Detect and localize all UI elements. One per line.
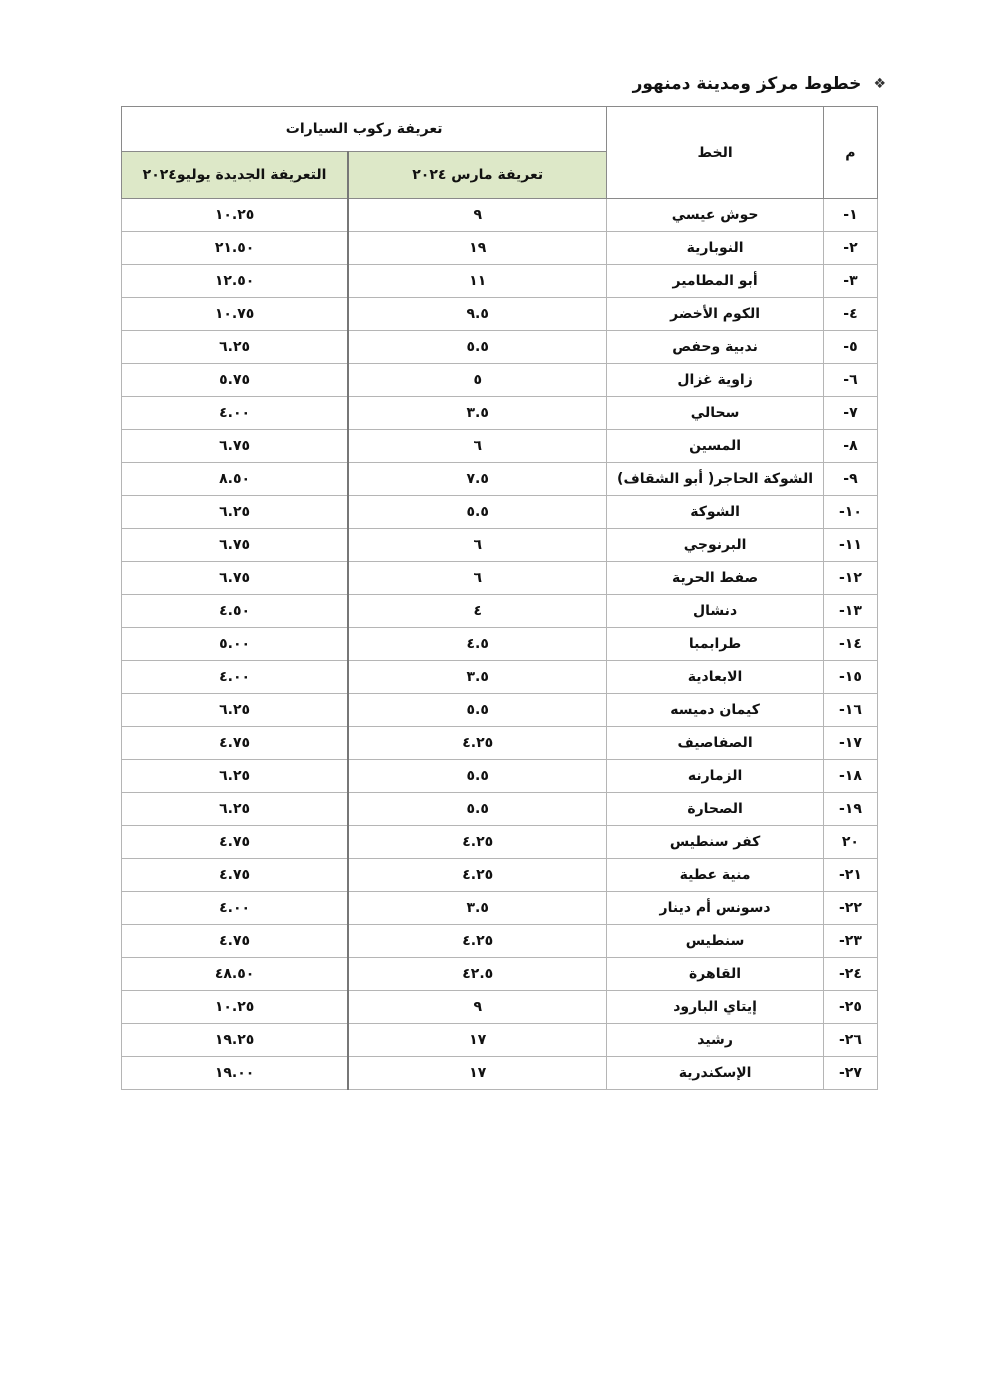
july-fare: ٤.٠٠ <box>122 892 349 925</box>
row-number: -١١ <box>823 529 877 562</box>
july-fare: ٥.٧٥ <box>122 364 349 397</box>
march-fare: ٤.٢٥ <box>348 727 607 760</box>
row-number: -١٣ <box>823 595 877 628</box>
row-number: -٨ <box>823 430 877 463</box>
table-row: -٦زاوية غزال٥٥.٧٥ <box>122 364 878 397</box>
march-fare: ٥.٥ <box>348 793 607 826</box>
row-number: -٢١ <box>823 859 877 892</box>
table-row: -٢١منية عطية٤.٢٥٤.٧٥ <box>122 859 878 892</box>
table-row: ٢٠كفر سنطيس٤.٢٥٤.٧٥ <box>122 826 878 859</box>
table-row: -٩الشوكة الحاجر( أبو الشقاف)٧.٥٨.٥٠ <box>122 463 878 496</box>
line-name: أبو المطامير <box>607 265 824 298</box>
document-title-row: ❖ خطوط مركز ومدينة دمنهور <box>633 74 886 94</box>
july-fare: ٤.٧٥ <box>122 727 349 760</box>
line-name: الابعادية <box>607 661 824 694</box>
march-fare: ٥.٥ <box>348 496 607 529</box>
row-number: -٣ <box>823 265 877 298</box>
july-fare: ٦.٢٥ <box>122 793 349 826</box>
march-fare: ٣.٥ <box>348 397 607 430</box>
line-name: طرابمبا <box>607 628 824 661</box>
line-name: المسين <box>607 430 824 463</box>
line-name: الإسكندرية <box>607 1057 824 1090</box>
line-name: رشيد <box>607 1024 824 1057</box>
line-name: إيتاي البارود <box>607 991 824 1024</box>
fares-table: م الخط تعريفة ركوب السيارات تعريفة مارس … <box>121 106 878 1090</box>
line-name: كفر سنطيس <box>607 826 824 859</box>
march-fare: ١٧ <box>348 1024 607 1057</box>
table-row: -١٧الصفاصيف٤.٢٥٤.٧٥ <box>122 727 878 760</box>
july-fare: ٦.٢٥ <box>122 694 349 727</box>
line-name: الشوكة <box>607 496 824 529</box>
table-row: -٢٧الإسكندرية١٧١٩.٠٠ <box>122 1057 878 1090</box>
july-fare: ٦.٢٥ <box>122 760 349 793</box>
table-row: -٢النوبارية١٩٢١.٥٠ <box>122 232 878 265</box>
header-july-fare: التعريفة الجديدة يوليو٢٠٢٤ <box>122 152 349 199</box>
march-fare: ٦ <box>348 529 607 562</box>
march-fare: ٩ <box>348 991 607 1024</box>
table-row: -٤الكوم الأخضر٩.٥١٠.٧٥ <box>122 298 878 331</box>
table-row: -١٢صفط الحرية٦٦.٧٥ <box>122 562 878 595</box>
row-number: -٢٣ <box>823 925 877 958</box>
row-number: -١٧ <box>823 727 877 760</box>
row-number: -٢٦ <box>823 1024 877 1057</box>
line-name: الزمارنه <box>607 760 824 793</box>
row-number: -٢٤ <box>823 958 877 991</box>
table-row: -٢٢دسونس أم دينار٣.٥٤.٠٠ <box>122 892 878 925</box>
table-row: -٧سحالي٣.٥٤.٠٠ <box>122 397 878 430</box>
row-number: ٢٠ <box>823 826 877 859</box>
line-name: ندبية وحفص <box>607 331 824 364</box>
table-row: -٨المسين٦٦.٧٥ <box>122 430 878 463</box>
july-fare: ٨.٥٠ <box>122 463 349 496</box>
march-fare: ٥ <box>348 364 607 397</box>
july-fare: ٤.٠٠ <box>122 397 349 430</box>
table-row: -١٨الزمارنه٥.٥٦.٢٥ <box>122 760 878 793</box>
row-number: -٢ <box>823 232 877 265</box>
line-name: الصحارة <box>607 793 824 826</box>
table-row: -٥ندبية وحفص٥.٥٦.٢٥ <box>122 331 878 364</box>
row-number: -١٢ <box>823 562 877 595</box>
table-row: -١١البرنوجي٦٦.٧٥ <box>122 529 878 562</box>
row-number: -٢٢ <box>823 892 877 925</box>
line-name: كيمان دميسه <box>607 694 824 727</box>
july-fare: ١٩.٠٠ <box>122 1057 349 1090</box>
march-fare: ٤ <box>348 595 607 628</box>
march-fare: ١١ <box>348 265 607 298</box>
row-number: -١٥ <box>823 661 877 694</box>
table-row: -١٤طرابمبا٤.٥٥.٠٠ <box>122 628 878 661</box>
march-fare: ٥.٥ <box>348 331 607 364</box>
march-fare: ٩.٥ <box>348 298 607 331</box>
line-name: سنطيس <box>607 925 824 958</box>
july-fare: ٦.٧٥ <box>122 430 349 463</box>
row-number: -٢٥ <box>823 991 877 1024</box>
july-fare: ١٠.٧٥ <box>122 298 349 331</box>
line-name: حوش عيسي <box>607 199 824 232</box>
table-row: -٢٣سنطيس٤.٢٥٤.٧٥ <box>122 925 878 958</box>
diamond-bullet-icon: ❖ <box>873 76 886 92</box>
table-row: -٢٤القاهرة٤٢.٥٤٨.٥٠ <box>122 958 878 991</box>
row-number: -٦ <box>823 364 877 397</box>
line-name: البرنوجي <box>607 529 824 562</box>
march-fare: ٦ <box>348 430 607 463</box>
line-name: صفط الحرية <box>607 562 824 595</box>
march-fare: ٤.٢٥ <box>348 826 607 859</box>
header-num: م <box>823 107 877 199</box>
row-number: -٧ <box>823 397 877 430</box>
line-name: دسونس أم دينار <box>607 892 824 925</box>
row-number: -٥ <box>823 331 877 364</box>
row-number: -١٤ <box>823 628 877 661</box>
line-name: النوبارية <box>607 232 824 265</box>
line-name: دنشال <box>607 595 824 628</box>
march-fare: ٤.٢٥ <box>348 859 607 892</box>
july-fare: ٤٨.٥٠ <box>122 958 349 991</box>
july-fare: ٢١.٥٠ <box>122 232 349 265</box>
row-number: -١ <box>823 199 877 232</box>
march-fare: ١٩ <box>348 232 607 265</box>
header-fare-group: تعريفة ركوب السيارات <box>122 107 607 152</box>
row-number: -١٦ <box>823 694 877 727</box>
march-fare: ٣.٥ <box>348 661 607 694</box>
row-number: -٢٧ <box>823 1057 877 1090</box>
document-title: خطوط مركز ومدينة دمنهور <box>633 74 862 94</box>
table-row: -١٥الابعادية٣.٥٤.٠٠ <box>122 661 878 694</box>
july-fare: ٥.٠٠ <box>122 628 349 661</box>
line-name: سحالي <box>607 397 824 430</box>
table-row: -١٩الصحارة٥.٥٦.٢٥ <box>122 793 878 826</box>
july-fare: ٤.٠٠ <box>122 661 349 694</box>
march-fare: ٧.٥ <box>348 463 607 496</box>
march-fare: ٤.٥ <box>348 628 607 661</box>
line-name: زاوية غزال <box>607 364 824 397</box>
july-fare: ١٢.٥٠ <box>122 265 349 298</box>
march-fare: ٦ <box>348 562 607 595</box>
july-fare: ٦.٢٥ <box>122 331 349 364</box>
line-name: منية عطية <box>607 859 824 892</box>
line-name: الصفاصيف <box>607 727 824 760</box>
row-number: -١٨ <box>823 760 877 793</box>
table-row: -٢٦رشيد١٧١٩.٢٥ <box>122 1024 878 1057</box>
march-fare: ٤٢.٥ <box>348 958 607 991</box>
march-fare: ٩ <box>348 199 607 232</box>
table-row: -١٦كيمان دميسه٥.٥٦.٢٥ <box>122 694 878 727</box>
table-row: -١حوش عيسي٩١٠.٢٥ <box>122 199 878 232</box>
march-fare: ٣.٥ <box>348 892 607 925</box>
row-number: -١٠ <box>823 496 877 529</box>
march-fare: ٥.٥ <box>348 694 607 727</box>
march-fare: ٥.٥ <box>348 760 607 793</box>
table-row: -٢٥إيتاي البارود٩١٠.٢٥ <box>122 991 878 1024</box>
header-march-fare: تعريفة مارس ٢٠٢٤ <box>348 152 607 199</box>
row-number: -١٩ <box>823 793 877 826</box>
july-fare: ٦.٢٥ <box>122 496 349 529</box>
row-number: -٩ <box>823 463 877 496</box>
table-row: -١٠الشوكة٥.٥٦.٢٥ <box>122 496 878 529</box>
header-line: الخط <box>607 107 824 199</box>
july-fare: ٤.٧٥ <box>122 826 349 859</box>
table-row: -١٣دنشال٤٤.٥٠ <box>122 595 878 628</box>
table-row: -٣أبو المطامير١١١٢.٥٠ <box>122 265 878 298</box>
july-fare: ٤.٧٥ <box>122 859 349 892</box>
july-fare: ٤.٥٠ <box>122 595 349 628</box>
march-fare: ٤.٢٥ <box>348 925 607 958</box>
line-name: الكوم الأخضر <box>607 298 824 331</box>
july-fare: ١٩.٢٥ <box>122 1024 349 1057</box>
july-fare: ١٠.٢٥ <box>122 991 349 1024</box>
july-fare: ١٠.٢٥ <box>122 199 349 232</box>
july-fare: ٤.٧٥ <box>122 925 349 958</box>
july-fare: ٦.٧٥ <box>122 562 349 595</box>
row-number: -٤ <box>823 298 877 331</box>
line-name: القاهرة <box>607 958 824 991</box>
line-name: الشوكة الحاجر( أبو الشقاف) <box>607 463 824 496</box>
july-fare: ٦.٧٥ <box>122 529 349 562</box>
march-fare: ١٧ <box>348 1057 607 1090</box>
